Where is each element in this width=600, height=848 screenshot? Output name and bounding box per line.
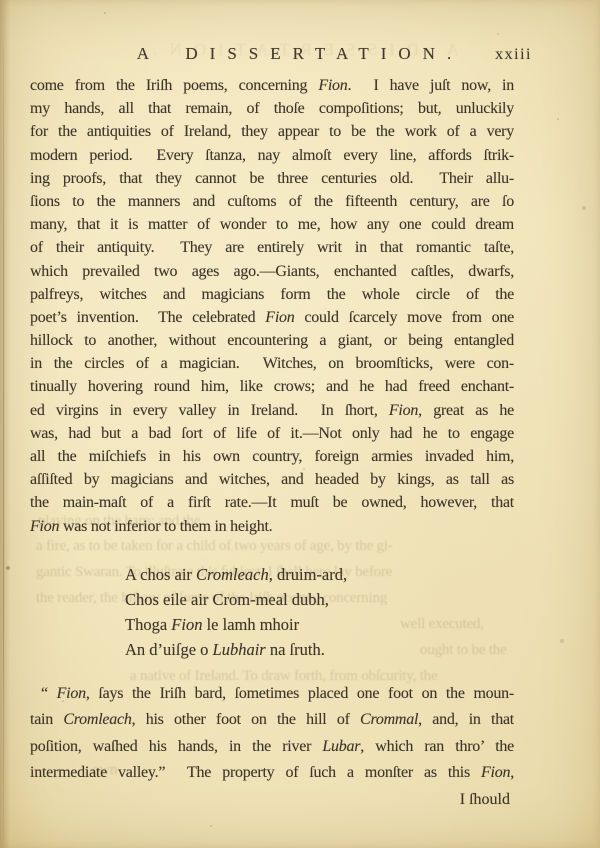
text-segment: ſions to the manners and cuſtoms of the … xyxy=(30,193,514,210)
text-line: many, that it is matter of wonder to me,… xyxy=(30,213,514,236)
page-number: xxiii xyxy=(495,46,532,64)
text-segment: poſition, waſhed his hands, in the river xyxy=(30,738,322,755)
catchword: I ſhould xyxy=(460,791,510,808)
paragraph-2: “ Fion, ſays the Iriſh bard, ſometimes p… xyxy=(30,681,514,787)
italic-text-segment: Cromleach xyxy=(196,565,269,584)
page-header: A DISSERTATION. A DISSERTATION. xxiii xyxy=(0,44,600,70)
text-segment: of their antiquity. They are entirely wr… xyxy=(30,239,514,256)
italic-text-segment: Cromleach xyxy=(63,711,131,728)
text-segment: na ſruth. xyxy=(266,640,325,659)
text-line: in the circles of a magician. Witches, o… xyxy=(30,352,514,375)
italic-text-segment: Lubar xyxy=(322,738,360,755)
text-line: hillock to another, without encountering… xyxy=(30,329,514,352)
text-segment: aſſiſted by magicians and witches, and h… xyxy=(30,471,514,488)
text-segment: tinually hovering round him, like crows;… xyxy=(30,378,514,395)
text-line: for the antiquities of Ireland, they app… xyxy=(30,120,514,143)
text-segment: intermediate valley.” The property of ſu… xyxy=(30,764,481,781)
text-segment: ing proofs, that they cannot be three ce… xyxy=(30,170,514,187)
italic-text-segment: Fion xyxy=(30,518,59,535)
text-line: ſions to the manners and cuſtoms of the … xyxy=(30,190,514,213)
italic-text-segment: Fion xyxy=(57,685,86,702)
text-line: tinually hovering round him, like crows;… xyxy=(30,375,514,398)
text-segment: “ xyxy=(41,685,57,702)
left-crease-line xyxy=(3,0,4,848)
text-segment: A chos air xyxy=(125,565,196,584)
text-segment: , xyxy=(510,764,514,781)
text-segment: could ſcarcely move from one xyxy=(295,309,514,326)
text-line: poſition, waſhed his hands, in the river… xyxy=(30,734,514,761)
text-segment: An d’uiſge o xyxy=(125,640,213,659)
italic-text-segment: Crommal xyxy=(360,711,418,728)
text-segment: , and, in that xyxy=(418,711,514,728)
header-bleedthrough-ghost: A DISSERTATION. xyxy=(141,40,458,60)
text-segment: . I have juſt now, in xyxy=(348,77,514,94)
book-page: playing on the harp; and thea fire, as t… xyxy=(0,0,600,848)
text-line: tain Cromleach, his other foot on the hi… xyxy=(30,707,514,734)
text-segment: , ſays the Iriſh bard, ſometimes placed … xyxy=(86,685,514,702)
text-segment: all the miſchiefs in his own country, fo… xyxy=(30,448,514,465)
text-line: of their antiquity. They are entirely wr… xyxy=(30,236,514,259)
poem-quotation: A chos air Cromleach, druim-ard,Chos eil… xyxy=(125,562,514,662)
text-line: was, had but a bad ſort of life of it.—N… xyxy=(30,422,514,445)
text-segment: was not inferior to them in height. xyxy=(59,518,272,535)
text-segment: my hands, all that remain, of thoſe comp… xyxy=(30,100,514,117)
text-line: palfreys, witches and magicians form the… xyxy=(30,283,514,306)
text-segment: , druim-ard, xyxy=(269,565,347,584)
italic-text-segment: Fion xyxy=(171,615,202,634)
text-segment: modern period. Every ſtanza, nay almoſt … xyxy=(30,147,514,164)
text-block: come from the Iriſh poems, concerning Fi… xyxy=(30,74,514,813)
text-line: which prevailed two ages ago.—Giants, en… xyxy=(30,260,514,283)
italic-text-segment: Fion xyxy=(318,77,347,94)
catchword-row: I ſhould xyxy=(30,787,514,814)
text-segment: hillock to another, without encountering… xyxy=(30,332,514,349)
text-line: Thoga Fion le lamh mhoir xyxy=(125,612,514,637)
text-line: aſſiſted by magicians and witches, and h… xyxy=(30,468,514,491)
text-segment: the main-maſt of a firſt rate.—It muſt b… xyxy=(30,494,514,511)
italic-text-segment: Fion xyxy=(389,402,418,419)
text-segment: , which ran thro’ the xyxy=(360,738,514,755)
text-line: Chos eile air Crom-meal dubh, xyxy=(125,587,514,612)
text-segment: tain xyxy=(30,711,63,728)
text-line: poet’s invention. The celebrated Fion co… xyxy=(30,306,514,329)
text-line: intermediate valley.” The property of ſu… xyxy=(30,760,514,787)
text-line: A chos air Cromleach, druim-ard, xyxy=(125,562,514,587)
text-segment: was, had but a bad ſort of life of it.—N… xyxy=(30,425,514,442)
text-segment: for the antiquities of Ireland, they app… xyxy=(30,123,514,140)
italic-text-segment: Lubhair xyxy=(213,640,266,659)
text-segment: many, that it is matter of wonder to me,… xyxy=(30,216,514,233)
text-line: my hands, all that remain, of thoſe comp… xyxy=(30,97,514,120)
text-line: “ Fion, ſays the Iriſh bard, ſometimes p… xyxy=(30,681,514,708)
text-segment: Chos eile air Crom-meal dubh, xyxy=(125,590,329,609)
text-segment: le lamh mhoir xyxy=(202,615,299,634)
text-segment: which prevailed two ages ago.—Giants, en… xyxy=(30,263,514,280)
text-segment: ed virgins in every valley in Ireland. I… xyxy=(30,402,389,419)
text-segment: in the circles of a magician. Witches, o… xyxy=(30,355,514,372)
text-segment: Thoga xyxy=(125,615,171,634)
italic-text-segment: Fion xyxy=(481,764,510,781)
text-line: the main-maſt of a firſt rate.—It muſt b… xyxy=(30,491,514,514)
left-page-crease xyxy=(0,0,12,848)
text-segment: , his other foot on the hill of xyxy=(132,711,360,728)
text-line: ed virgins in every valley in Ireland. I… xyxy=(30,399,514,422)
text-line: all the miſchiefs in his own country, fo… xyxy=(30,445,514,468)
text-line: modern period. Every ſtanza, nay almoſt … xyxy=(30,144,514,167)
text-line: ing proofs, that they cannot be three ce… xyxy=(30,167,514,190)
italic-text-segment: Fion xyxy=(265,309,294,326)
text-segment: come from the Iriſh poems, concerning xyxy=(30,77,318,94)
text-segment: , great as he xyxy=(418,402,514,419)
text-line: An d’uiſge o Lubhair na ſruth. xyxy=(125,637,514,662)
text-line: Fion was not inferior to them in height. xyxy=(30,515,514,538)
text-segment: palfreys, witches and magicians form the… xyxy=(30,286,514,303)
paragraph-1: come from the Iriſh poems, concerning Fi… xyxy=(30,74,514,538)
text-line: come from the Iriſh poems, concerning Fi… xyxy=(30,74,514,97)
text-segment: poet’s invention. The celebrated xyxy=(30,309,265,326)
